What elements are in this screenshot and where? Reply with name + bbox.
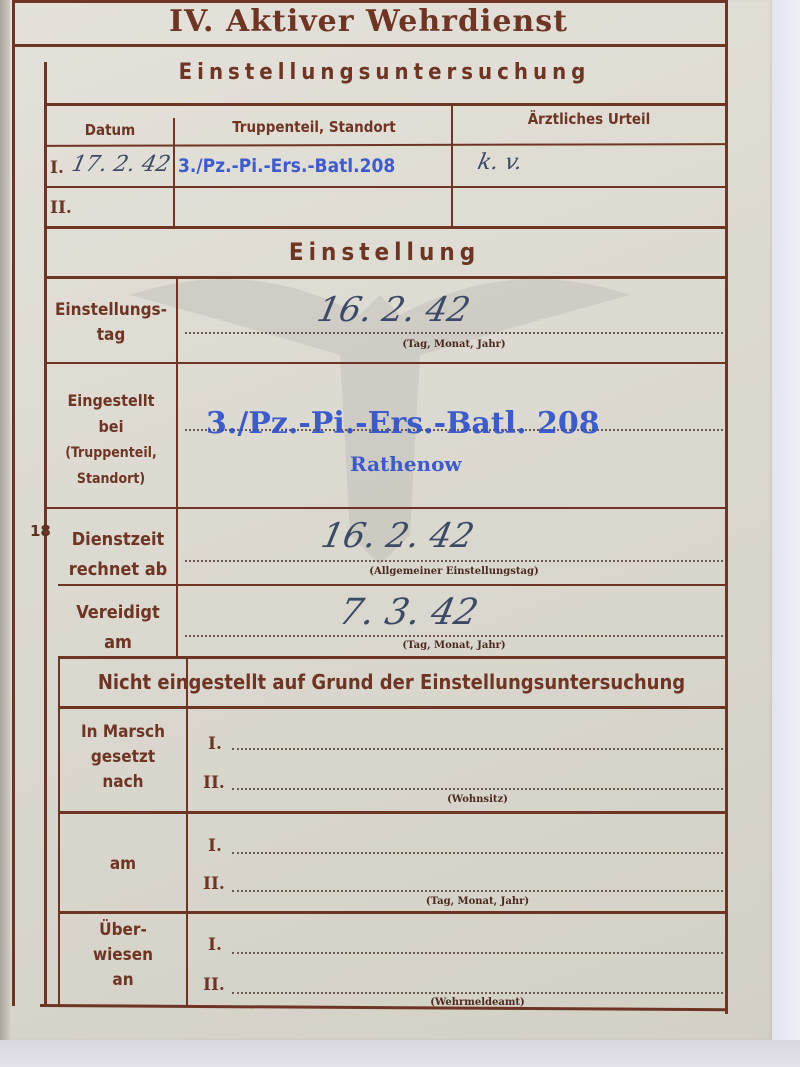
line-index: II. — [203, 773, 225, 793]
rule — [44, 362, 728, 364]
label-eingestellt-bei: Eingestellt bei (Truppenteil, Standort) — [46, 388, 176, 492]
vereidigt-value: 7. 3. 42 — [336, 592, 482, 633]
section-heading-einstellungsuntersuchung: Einstellungsuntersuchung — [44, 60, 725, 85]
unit-stamp-line2: Rathenow — [350, 452, 462, 476]
rule — [58, 811, 728, 814]
line-index: I. — [208, 836, 222, 856]
row-index: II. — [50, 198, 72, 218]
rule — [58, 656, 728, 659]
ueberwiesen-line-1[interactable] — [232, 952, 723, 954]
am-line-2[interactable] — [232, 890, 723, 892]
hint-wohnsitz: (Wohnsitz) — [232, 794, 723, 805]
column-header-truppenteil: Truppenteil, Standort — [176, 118, 452, 136]
rule — [44, 103, 728, 106]
ueberwiesen-line-2[interactable] — [232, 992, 723, 994]
label-vereidigt: Vereidigt am — [60, 598, 176, 658]
label-divider — [176, 276, 178, 656]
line-index: II. — [203, 975, 225, 995]
hint-tag-monat-jahr: (Tag, Monat, Jahr) — [185, 339, 723, 350]
label-ueberwiesen: Über- wiesen an — [60, 918, 186, 993]
line-index: I. — [208, 935, 222, 955]
label-einstellungstag: Einstellungs- tag — [46, 298, 176, 348]
col-divider — [451, 106, 453, 228]
exam-unit-stamp: 3./Pz.-Pi.-Ers.-Batl.208 — [178, 155, 395, 177]
column-header-datum: Datum — [46, 121, 174, 139]
einstellungstag-value: 16. 2. 42 — [314, 290, 474, 330]
in-marsch-line-1[interactable] — [232, 748, 723, 750]
label-dienstzeit: Dienstzeit rechnet ab — [60, 525, 176, 585]
rule — [44, 226, 728, 229]
am-line-1[interactable] — [232, 852, 723, 854]
document-page: IV. Aktiver Wehrdienst Einstellungsunter… — [0, 0, 772, 1040]
rule — [44, 186, 728, 188]
rule — [58, 584, 728, 586]
hint-allgemeiner-einstellungstag: (Allgemeiner Einstellungstag) — [185, 566, 723, 577]
background-right — [770, 0, 800, 1067]
dienstzeit-value: 16. 2. 42 — [318, 516, 478, 556]
section-heading-nicht-eingestellt: Nicht eingestellt auf Grund der Einstell… — [58, 670, 725, 694]
page-number: 18 — [30, 522, 51, 540]
medical-verdict-value: k. v. — [475, 150, 524, 175]
label-in-marsch: In Marsch gesetzt nach — [60, 720, 186, 795]
exam-date-value: 17. 2. 42 — [69, 152, 172, 177]
rule — [44, 143, 728, 147]
label-am: am — [60, 852, 186, 877]
unit-stamp-line1: 3./Pz.-Pi.-Ers.-Batl. 208 — [206, 406, 600, 441]
rule — [44, 276, 728, 279]
in-marsch-line-2[interactable] — [232, 788, 723, 790]
title-top-rule — [12, 0, 728, 3]
dotted-line — [185, 560, 723, 562]
hint-tag-monat-jahr: (Tag, Monat, Jahr) — [185, 640, 723, 651]
line-index: I. — [208, 734, 222, 754]
page-binding-edge — [0, 0, 10, 1040]
section-heading-einstellung: Einstellung — [44, 238, 725, 266]
column-header-urteil: Ärztliches Urteil — [454, 110, 724, 128]
dotted-line — [185, 332, 723, 334]
rule — [58, 911, 728, 914]
hint-tag-monat-jahr: (Tag, Monat, Jahr) — [232, 896, 723, 907]
background-bottom — [0, 1040, 800, 1067]
frame-left-outer — [12, 0, 15, 1006]
page-title: IV. Aktiver Wehrdienst — [12, 4, 725, 39]
row-index: I. — [50, 158, 64, 178]
rule — [58, 706, 728, 709]
rule — [44, 507, 728, 509]
title-bottom-rule — [12, 44, 728, 47]
line-index: II. — [203, 874, 225, 894]
col-divider — [173, 118, 175, 228]
dotted-line — [185, 635, 723, 637]
